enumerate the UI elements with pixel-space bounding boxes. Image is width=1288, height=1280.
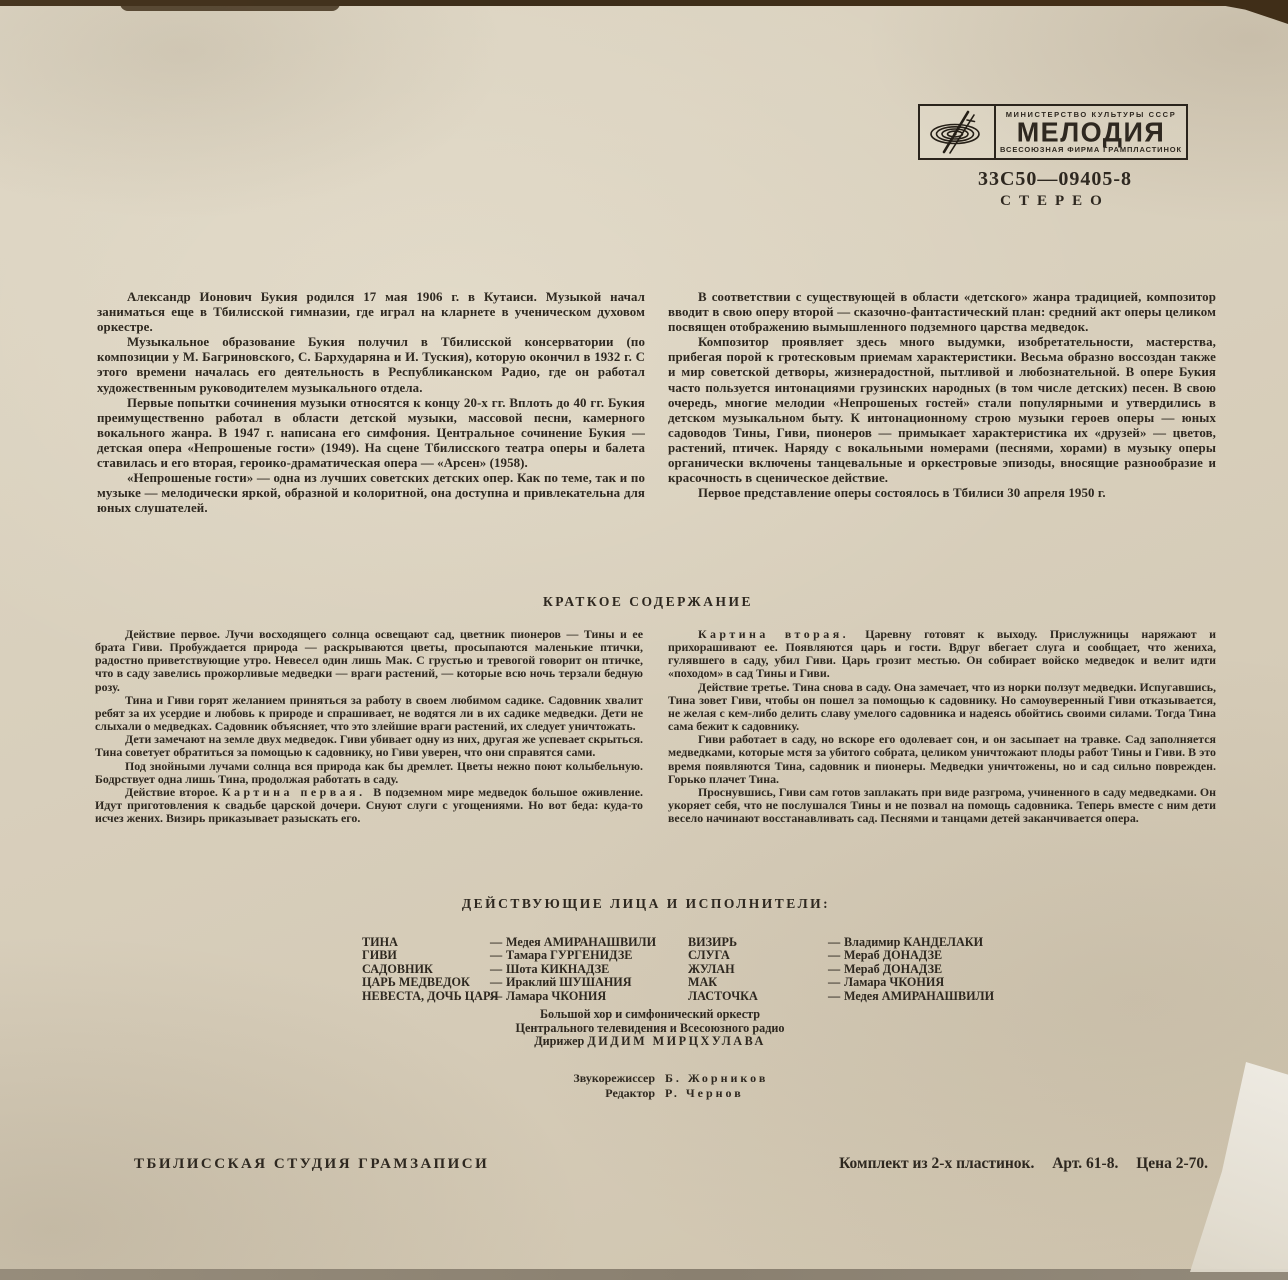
dash: — xyxy=(828,936,844,949)
dash: — xyxy=(828,963,844,976)
cast-title: ДЕЙСТВУЮЩИЕ ЛИЦА И ИСПОЛНИТЕЛИ: xyxy=(462,896,830,912)
bio-paragraph: Первые попытки сочинения музыки относятс… xyxy=(97,396,645,471)
dash: — xyxy=(490,963,506,976)
cast-performer: Ламара ЧКОНИЯ xyxy=(506,990,606,1003)
synopsis-column-left: Действие первое. Лучи восходящего солнца… xyxy=(95,628,643,825)
dash: — xyxy=(490,936,506,949)
catalog-number: 33С50—09405-8 xyxy=(935,168,1175,191)
cast-performer: Ираклий ШУШАНИЯ xyxy=(506,976,632,989)
cast-performer: Медея АМИРАНАШВИЛИ xyxy=(506,936,656,949)
cast-row: ВИЗИРЬ—Владимир КАНДЕЛАКИ xyxy=(688,936,994,949)
editor-line: Редактор Р. Чернов xyxy=(470,1086,830,1101)
act-lead-in: Действие третье. xyxy=(698,680,793,694)
cast-role: ТИНА xyxy=(362,936,490,949)
cast-row: СЛУГА—Мераб ДОНАДЗЕ xyxy=(688,949,994,962)
stereo-label: СТЕРЕО xyxy=(935,193,1175,210)
melodiya-logo-block: МИНИСТЕРСТВО КУЛЬТУРЫ СССР МЕЛОДИЯ ВСЕСО… xyxy=(918,104,1188,160)
cast-row: ТИНА—Медея АМИРАНАШВИЛИ xyxy=(362,936,656,949)
bio-paragraph: «Непрошеные гости» — одна из лучших сове… xyxy=(97,471,645,516)
cast-row: ГИВИ—Тамара ГУРГЕНИДЗЕ xyxy=(362,949,656,962)
cast-row: ЖУЛАН—Мераб ДОНАДЗЕ xyxy=(688,963,994,976)
ensemble-line: Большой хор и симфонический оркестр xyxy=(350,1008,950,1022)
cast-row: САДОВНИК—Шота КИКНАДЗЕ xyxy=(362,963,656,976)
price: Цена 2-70. xyxy=(1136,1155,1208,1172)
bio-paragraph: В соответствии с существующей в области … xyxy=(668,290,1216,335)
article-number: Арт. 61-8. xyxy=(1052,1155,1118,1172)
synopsis-paragraph: Гиви работает в саду, но вскоре его одол… xyxy=(668,733,1216,786)
synopsis-paragraph: Тина и Гиви горят желанием приняться за … xyxy=(95,694,643,733)
conductor-name: ДИДИМ МИРЦХУЛАВА xyxy=(587,1034,765,1048)
cast-performer: Тамара ГУРГЕНИДЗЕ xyxy=(506,949,632,962)
cast-performer: Шота КИКНАДЗЕ xyxy=(506,963,609,976)
footer-info: Комплект из 2-х пластинок. Арт. 61-8. Це… xyxy=(839,1155,1208,1173)
melodiya-logo-box: МИНИСТЕРСТВО КУЛЬТУРЫ СССР МЕЛОДИЯ ВСЕСО… xyxy=(918,104,1188,160)
melodiya-wordmark: МЕЛОДИЯ xyxy=(1017,118,1166,145)
ensemble-line: Центрального телевидения и Всесоюзного р… xyxy=(350,1022,950,1036)
synopsis-paragraph: Дети замечают на земле двух медведок. Ги… xyxy=(95,733,643,759)
cast-role: ЛАСТОЧКА xyxy=(688,990,828,1003)
synopsis-paragraph: Действие первое. Лучи восходящего солнца… xyxy=(95,628,643,694)
set-info: Комплект из 2-х пластинок. xyxy=(839,1155,1034,1172)
bio-column-left: Александр Ионович Букия родился 17 мая 1… xyxy=(97,290,645,516)
cast-performer: Мераб ДОНАДЗЕ xyxy=(844,949,942,962)
cast-role: МАК xyxy=(688,976,828,989)
synopsis-paragraph: Картина вторая. Царевну готовят к выходу… xyxy=(668,628,1216,681)
dash: — xyxy=(828,990,844,1003)
cast-performer: Владимир КАНДЕЛАКИ xyxy=(844,936,983,949)
dash: — xyxy=(828,976,844,989)
bio-paragraph: Музыкальное образование Букия получил в … xyxy=(97,335,645,395)
synopsis-paragraph: Проснувшись, Гиви сам готов заплакать пр… xyxy=(668,786,1216,825)
dash: — xyxy=(490,949,506,962)
cast-row: МАК—Ламара ЧКОНИЯ xyxy=(688,976,994,989)
melodiya-logo-text: МИНИСТЕРСТВО КУЛЬТУРЫ СССР МЕЛОДИЯ ВСЕСО… xyxy=(996,106,1186,158)
cast-role: НЕВЕСТА, ДОЧЬ ЦАРЯ xyxy=(362,990,490,1003)
synopsis-column-right: Картина вторая. Царевну готовят к выходу… xyxy=(668,628,1216,825)
cast-list-left: ТИНА—Медея АМИРАНАШВИЛИГИВИ—Тамара ГУРГЕ… xyxy=(362,936,656,1003)
bio-paragraph: Композитор проявляет здесь много выдумки… xyxy=(668,335,1216,486)
dash: — xyxy=(828,949,844,962)
cast-role: ЖУЛАН xyxy=(688,963,828,976)
editor-name: Р. Чернов xyxy=(665,1086,744,1101)
bio-column-right: В соответствии с существующей в области … xyxy=(668,290,1216,501)
cast-row: НЕВЕСТА, ДОЧЬ ЦАРЯ—Ламара ЧКОНИЯ xyxy=(362,990,656,1003)
bio-paragraph: Первое представление оперы состоялось в … xyxy=(668,486,1216,501)
production-credits: Звукорежиссер Б. Жорников Редактор Р. Че… xyxy=(470,1071,830,1101)
paper-edge-stain xyxy=(120,0,340,11)
dash: — xyxy=(490,976,506,989)
cast-performer: Медея АМИРАНАШВИЛИ xyxy=(844,990,994,1003)
cast-role: СЛУГА xyxy=(688,949,828,962)
engineer-label: Звукорежиссер xyxy=(470,1071,665,1086)
bio-paragraph: Александр Ионович Букия родился 17 мая 1… xyxy=(97,290,645,335)
editor-label: Редактор xyxy=(470,1086,665,1101)
engineer-line: Звукорежиссер Б. Жорников xyxy=(470,1071,830,1086)
studio-name: ТБИЛИССКАЯ СТУДИЯ ГРАМЗАПИСИ xyxy=(134,1156,489,1173)
cast-performer: Мераб ДОНАДЗЕ xyxy=(844,963,942,976)
engineer-name: Б. Жорников xyxy=(665,1071,768,1086)
cast-role: САДОВНИК xyxy=(362,963,490,976)
cast-role: ЦАРЬ МЕДВЕДОК xyxy=(362,976,490,989)
scene-lead-in: Картина первая. xyxy=(222,785,373,799)
dash: — xyxy=(490,990,506,1003)
melodiya-tuning-fork-icon xyxy=(920,106,996,158)
cast-role: ГИВИ xyxy=(362,949,490,962)
synopsis-paragraph: Под знойными лучами солнца вся природа к… xyxy=(95,760,643,786)
synopsis-title: КРАТКОЕ СОДЕРЖАНИЕ xyxy=(543,594,753,610)
act-lead-in: Действие первое. xyxy=(125,627,225,641)
paper-edge-bottom xyxy=(0,1269,1288,1280)
conductor-line: Дирижер ДИДИМ МИРЦХУЛАВА xyxy=(350,1035,950,1049)
conductor-label: Дирижер xyxy=(534,1034,584,1048)
cast-list-right: ВИЗИРЬ—Владимир КАНДЕЛАКИСЛУГА—Мераб ДОН… xyxy=(688,936,994,1003)
cast-row: ЛАСТОЧКА—Медея АМИРАНАШВИЛИ xyxy=(688,990,994,1003)
cast-performer: Ламара ЧКОНИЯ xyxy=(844,976,944,989)
record-sleeve-back: МИНИСТЕРСТВО КУЛЬТУРЫ СССР МЕЛОДИЯ ВСЕСО… xyxy=(0,0,1288,1280)
scene-lead-in: Картина вторая. xyxy=(698,627,865,641)
act-lead-in: Действие второе. xyxy=(125,785,222,799)
ensemble-credits: Большой хор и симфонический оркестр Цент… xyxy=(350,1008,950,1049)
synopsis-paragraph: Действие третье. Тина снова в саду. Она … xyxy=(668,681,1216,734)
synopsis-paragraph: Действие второе. Картина первая. В подзе… xyxy=(95,786,643,825)
cast-role: ВИЗИРЬ xyxy=(688,936,828,949)
cast-row: ЦАРЬ МЕДВЕДОК—Ираклий ШУШАНИЯ xyxy=(362,976,656,989)
